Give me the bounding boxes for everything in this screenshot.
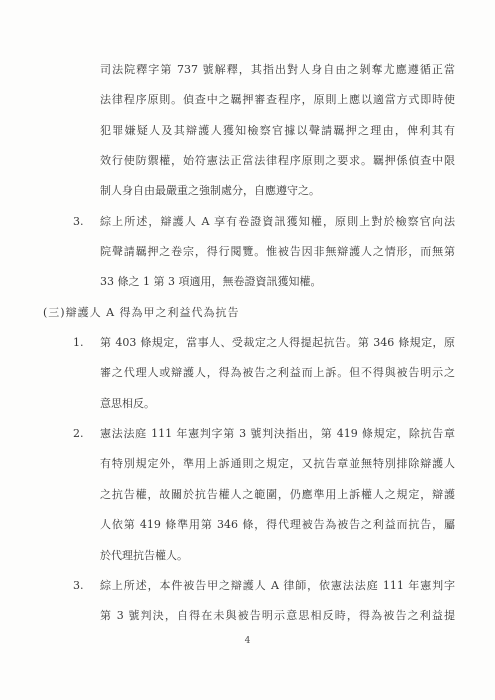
text-line: 3.綜上所述，辯護人 A 享有卷證資訊獲知權，原則上對於檢察官向法 [100, 207, 455, 237]
line-text: 審之代理人或辯護人，得為被告之利益而上訴。但不得與被告明示之 [100, 366, 455, 379]
line-text: 之抗告權，故關於抗告權人之範圍，仍應準用上訴權人之規定，辯護 [100, 488, 455, 501]
text-line: 3.綜上所述，本件被告甲之辯護人 A 律師，依憲法法庭 111 年憲判字 [100, 571, 455, 601]
line-text: 綜上所述，辯護人 A 享有卷證資訊獲知權，原則上對於檢察官向法 [100, 215, 455, 228]
text-line: 之抗告權，故關於抗告權人之範圍，仍應準用上訴權人之規定，辯護 [100, 480, 455, 510]
line-text: 於代理抗告權人。 [100, 549, 188, 562]
text-line: 效行使防禦權，始符憲法正當法律程序原則之要求。羈押係偵查中限 [100, 146, 455, 176]
line-text: 人依第 419 條準用第 346 條，得代理被告為被告之利益而抗告，屬 [100, 518, 455, 531]
text-line: 有特別規定外，準用上訴通則之規定，又抗告章並無特別排除辯護人 [100, 449, 455, 479]
line-text: 第 3 號判決，自得在未與被告明示意思相反時，得為被告之利益提 [100, 609, 455, 622]
text-line: 法律程序原則。偵查中之羈押審查程序，原則上應以適當方式即時使 [100, 85, 455, 115]
text-line: 審之代理人或辯護人，得為被告之利益而上訴。但不得與被告明示之 [100, 358, 455, 388]
section-heading: (三)辯護人 A 得為甲之利益代為抗告 [43, 298, 463, 328]
text-line: 制人身自由最嚴重之強制處分，自應遵守之。 [100, 176, 455, 206]
page-number: 4 [0, 634, 495, 648]
document-lines: 司法院釋字第 737 號解釋，其指出對人身自由之剝奪尤應遵循正當法律程序原則。偵… [0, 0, 495, 632]
line-text: 犯罪嫌疑人及其辯護人獲知檢察官據以聲請羈押之理由，俾利其有 [100, 124, 455, 137]
line-text: 效行使防禦權，始符憲法正當法律程序原則之要求。羈押係偵查中限 [100, 154, 455, 167]
line-text: 33 條之 1 第 3 項適用，無卷證資訊獲知權。 [100, 275, 321, 288]
text-line: 2.憲法法庭 111 年憲判字第 3 號判決指出，第 419 條規定，除抗告章 [100, 419, 455, 449]
text-line: 犯罪嫌疑人及其辯護人獲知檢察官據以聲請羈押之理由，俾利其有 [100, 116, 455, 146]
line-text: (三)辯護人 A 得為甲之利益代為抗告 [43, 306, 240, 319]
text-line: 人依第 419 條準用第 346 條，得代理被告為被告之利益而抗告，屬 [100, 510, 455, 540]
text-line: 1.第 403 條規定，當事人、受裁定之人得提起抗告。第 346 條規定，原 [100, 328, 455, 358]
list-number: 1. [73, 328, 84, 358]
text-line: 於代理抗告權人。 [100, 541, 455, 571]
text-line: 33 條之 1 第 3 項適用，無卷證資訊獲知權。 [100, 267, 455, 297]
line-text: 有特別規定外，準用上訴通則之規定，又抗告章並無特別排除辯護人 [100, 457, 455, 470]
document-page: 司法院釋字第 737 號解釋，其指出對人身自由之剝奪尤應遵循正當法律程序原則。偵… [0, 0, 495, 700]
list-number: 3. [73, 571, 84, 601]
line-text: 院聲請羈押之卷宗，得行閱覽。惟被告因非無辯護人之情形，而無第 [100, 245, 455, 258]
line-text: 第 403 條規定，當事人、受裁定之人得提起抗告。第 346 條規定，原 [100, 336, 455, 349]
line-text: 法律程序原則。偵查中之羈押審查程序，原則上應以適當方式即時使 [100, 93, 455, 106]
text-line: 意思相反。 [100, 389, 455, 419]
list-number: 3. [73, 207, 84, 237]
list-number: 2. [73, 419, 84, 449]
line-text: 制人身自由最嚴重之強制處分，自應遵守之。 [100, 184, 320, 197]
line-text: 意思相反。 [100, 397, 155, 410]
text-line: 司法院釋字第 737 號解釋，其指出對人身自由之剝奪尤應遵循正當 [100, 55, 455, 85]
text-line: 院聲請羈押之卷宗，得行閱覽。惟被告因非無辯護人之情形，而無第 [100, 237, 455, 267]
text-line: 第 3 號判決，自得在未與被告明示意思相反時，得為被告之利益提 [100, 601, 455, 631]
line-text: 司法院釋字第 737 號解釋，其指出對人身自由之剝奪尤應遵循正當 [100, 63, 455, 76]
line-text: 憲法法庭 111 年憲判字第 3 號判決指出，第 419 條規定，除抗告章 [100, 427, 455, 440]
line-text: 綜上所述，本件被告甲之辯護人 A 律師，依憲法法庭 111 年憲判字 [100, 579, 455, 592]
